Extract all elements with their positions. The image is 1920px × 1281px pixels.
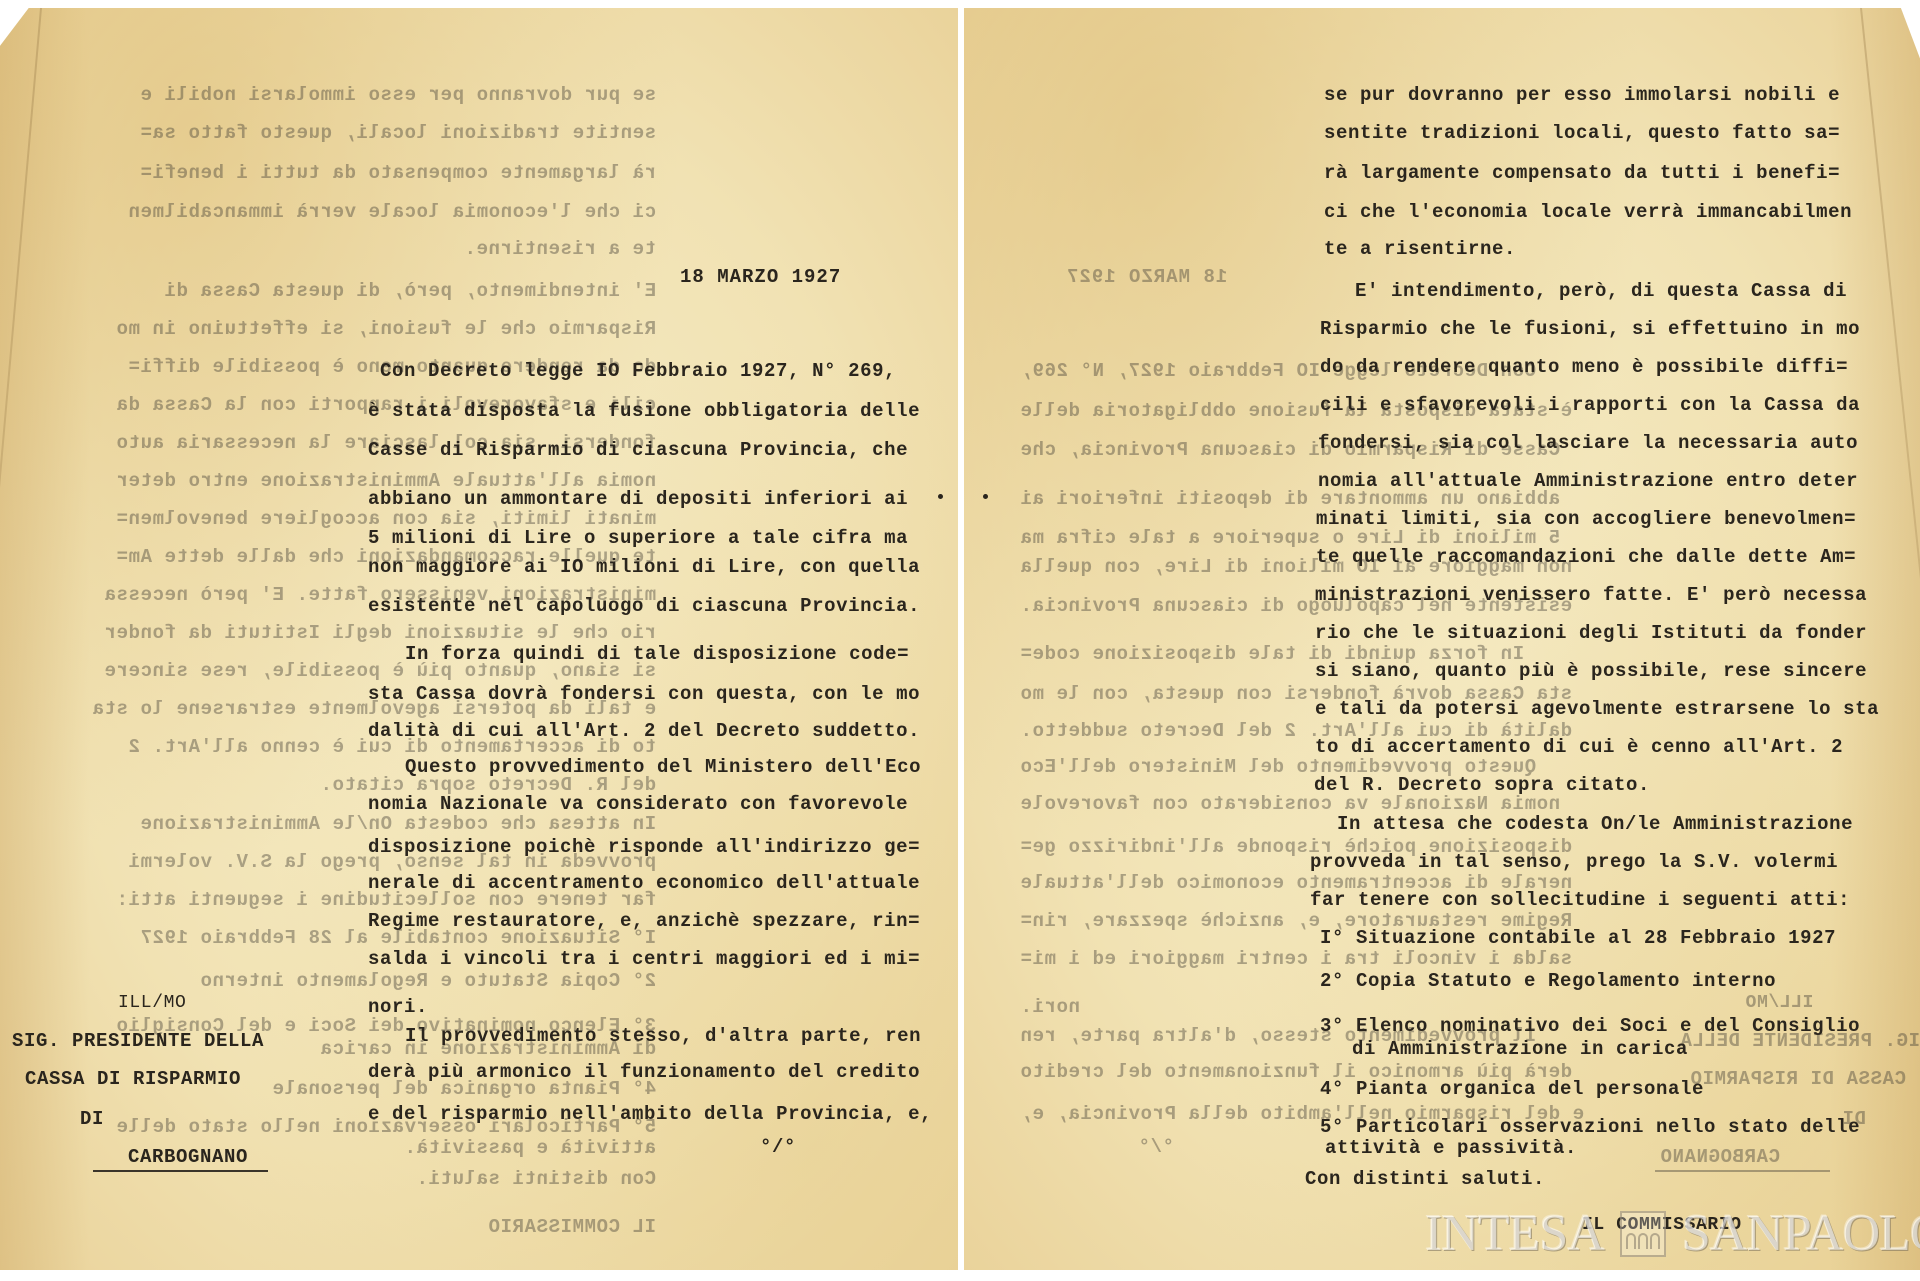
letter-line: sta Cassa dovrà fondersi con questa, con… [368,685,920,704]
letter-line: Risparmio che le fusioni, si effettuino … [1320,320,1860,339]
letter-line: del R. Decreto sopra citato. [1314,776,1650,795]
bleed-through-line: attività e passività. [404,1139,656,1158]
continuation-mark: °/° [760,1138,796,1157]
address-line-2: CASSA DI RISPARMIO [25,1070,241,1089]
letter-line: Questo provvedimento del Ministero dell'… [405,758,921,777]
address-ref: ILL/MO [118,994,186,1012]
bleed-through-line: Risparmio che le fusioni, si effettuino … [116,320,656,339]
letter-line: esistente nel capoluogo di ciascuna Prov… [368,597,920,616]
letter-line: I° Situazione contabile al 28 Febbraio 1… [1320,929,1836,948]
bleed-through-line: In attesa che codesta On/le Amministrazi… [140,815,656,834]
address-line-1: SIG. PRESIDENTE DELLA [12,1032,264,1051]
watermark-left-word: INTESA [1425,1208,1604,1260]
letter-line: salda i vincoli tra i centri maggiori ed… [368,950,920,969]
ghost-address-line-4: CARBOGNANO [1660,1148,1780,1167]
letter-line: Con Decreto legge IO Febbraio 1927, N° 2… [380,362,896,381]
letter-line: nori. [368,998,428,1017]
bleed-through-line: se pur dovranno per esso immolarsi nobil… [140,86,656,105]
letter-line: 3° Elenco nominativo dei Soci e del Cons… [1320,1017,1860,1036]
letter-line: to di accertamento di cui è cenno all'Ar… [1315,738,1843,757]
letter-line: E' intendimento, però, di questa Cassa d… [1355,282,1847,301]
bleed-through-line: abbiano un ammontare di depositi inferio… [1020,490,1560,509]
bleed-through-line: nomia Nazionale va considerato con favor… [1020,795,1560,814]
letter-line: ci che l'economia locale verrà immancabi… [1324,203,1852,222]
letter-line: e tali da potersi agevolmente estrarsene… [1315,700,1879,719]
letter-line: nerale di accentramento economico dell'a… [368,874,920,893]
letter-line: disposizione poichè risponde all'indiriz… [368,838,920,857]
arches-logo-icon [1620,1211,1666,1257]
bleed-through-line: rà largamente compensato da tutti i bene… [140,164,656,183]
letter-line: derà più armonico il funzionamento del c… [368,1063,920,1082]
letter-line: rio che le situazioni degli Istituti da … [1315,624,1867,643]
letter-line: te quelle raccomandazioni che dalle dett… [1316,548,1856,567]
paper-speck [983,494,988,499]
letter-line: cili e sfavorevoli i rapporti con la Cas… [1320,396,1860,415]
letter-line: Il provvedimento stesso, d'altra parte, … [405,1027,921,1046]
bleed-through-continuation-mark: °/° [1138,1138,1174,1157]
letter-line: 2° Copia Statuto e Regolamento interno [1320,972,1776,991]
bleed-through-line: rio che le situazioni degli Istituti da … [104,624,656,643]
letter-line: nomia all'attuale Amministrazione entro … [1318,472,1858,491]
letter-line: Con distinti saluti. [1305,1170,1545,1189]
letter-line: abbiano un ammontare di depositi inferio… [368,490,908,509]
letter-line: attività e passività. [1325,1139,1577,1158]
bleed-through-line: salda i vincoli tra i centri maggiori ed… [1020,950,1572,969]
bleed-through-line: IL COMMISSARIO [488,1218,656,1237]
bleed-through-line: ci che l'economia locale verrà immancabi… [128,203,656,222]
intesa-sanpaolo-watermark: INTESA SANPAOLO [1425,1208,1920,1260]
paper-speck [938,494,943,499]
bleed-through-date: 18 MARZO 1927 [1066,268,1227,287]
bleed-through-line: 2° Copia Statuto e Regolamento interno [200,972,656,991]
bleed-through-line: Con distinti saluti. [416,1170,656,1189]
letter-line: minati limiti, sia con accogliere benevo… [1316,510,1856,529]
letter-line: non maggiore ai IO milioni di Lire, con … [368,558,920,577]
ghost-address-underline [1655,1170,1830,1172]
letter-line: provveda in tal senso, prego la S.V. vol… [1310,853,1838,872]
letter-line: Casse di Risparmio di ciascuna Provincia… [368,441,908,460]
letter-line: di Amministrazione in carica [1352,1040,1688,1059]
letter-line: 4° Pianta organica del personale [1320,1080,1704,1099]
letter-line: si siano, quanto più è possibile, rese s… [1315,662,1867,681]
ghost-address-ref: ILL/MO [1745,994,1813,1012]
bleed-through-line: sentite tradizioni locali, questo fatto … [140,124,656,143]
letter-line: rà largamente compensato da tutti i bene… [1324,164,1840,183]
letter-line: Regime restauratore, e, anzichè spezzare… [368,912,920,931]
address-line-3: DI [80,1110,104,1129]
bleed-through-line: nori. [1020,998,1080,1017]
ghost-address-line-2: CASSA DI RISPARMIO [1690,1070,1906,1089]
address-underline [93,1170,268,1172]
letter-line: far tenere con sollecitudine i seguenti … [1310,891,1850,910]
letter-line: nomia Nazionale va considerato con favor… [368,795,908,814]
letter-line: In attesa che codesta On/le Amministrazi… [1337,815,1853,834]
letter-line: 5 milioni di Lire o superiore a tale cif… [368,529,908,548]
letter-line: fondersi, sia col lasciare la necessaria… [1318,434,1858,453]
letter-line: e del risparmio nell'ambito della Provin… [368,1105,932,1124]
address-line-4: CARBOGNANO [128,1148,248,1167]
bleed-through-line: E' intendimento, però, di questa Cassa d… [164,282,656,301]
letter-line: è stata disposta la fusione obbligatoria… [368,402,920,421]
letter-line: ministrazioni venissero fatte. E' però n… [1315,586,1867,605]
letter-line: se pur dovranno per esso immolarsi nobil… [1324,86,1840,105]
letter-line: sentite tradizioni locali, questo fatto … [1324,124,1840,143]
letter-line: dalità di cui all'Art. 2 del Decreto sud… [368,722,920,741]
letter-line: te a risentirne. [1324,240,1516,259]
letter-date: 18 MARZO 1927 [680,268,841,287]
letter-line: In forza quindi di tale disposizione cod… [405,645,909,664]
bleed-through-line: te a risentirne. [464,240,656,259]
watermark-right-word: SANPAOLO [1682,1208,1920,1260]
letter-line: 5° Particolari osservazioni nello stato … [1320,1118,1860,1137]
letter-line: do da rendere quanto meno è possibile di… [1320,358,1848,377]
